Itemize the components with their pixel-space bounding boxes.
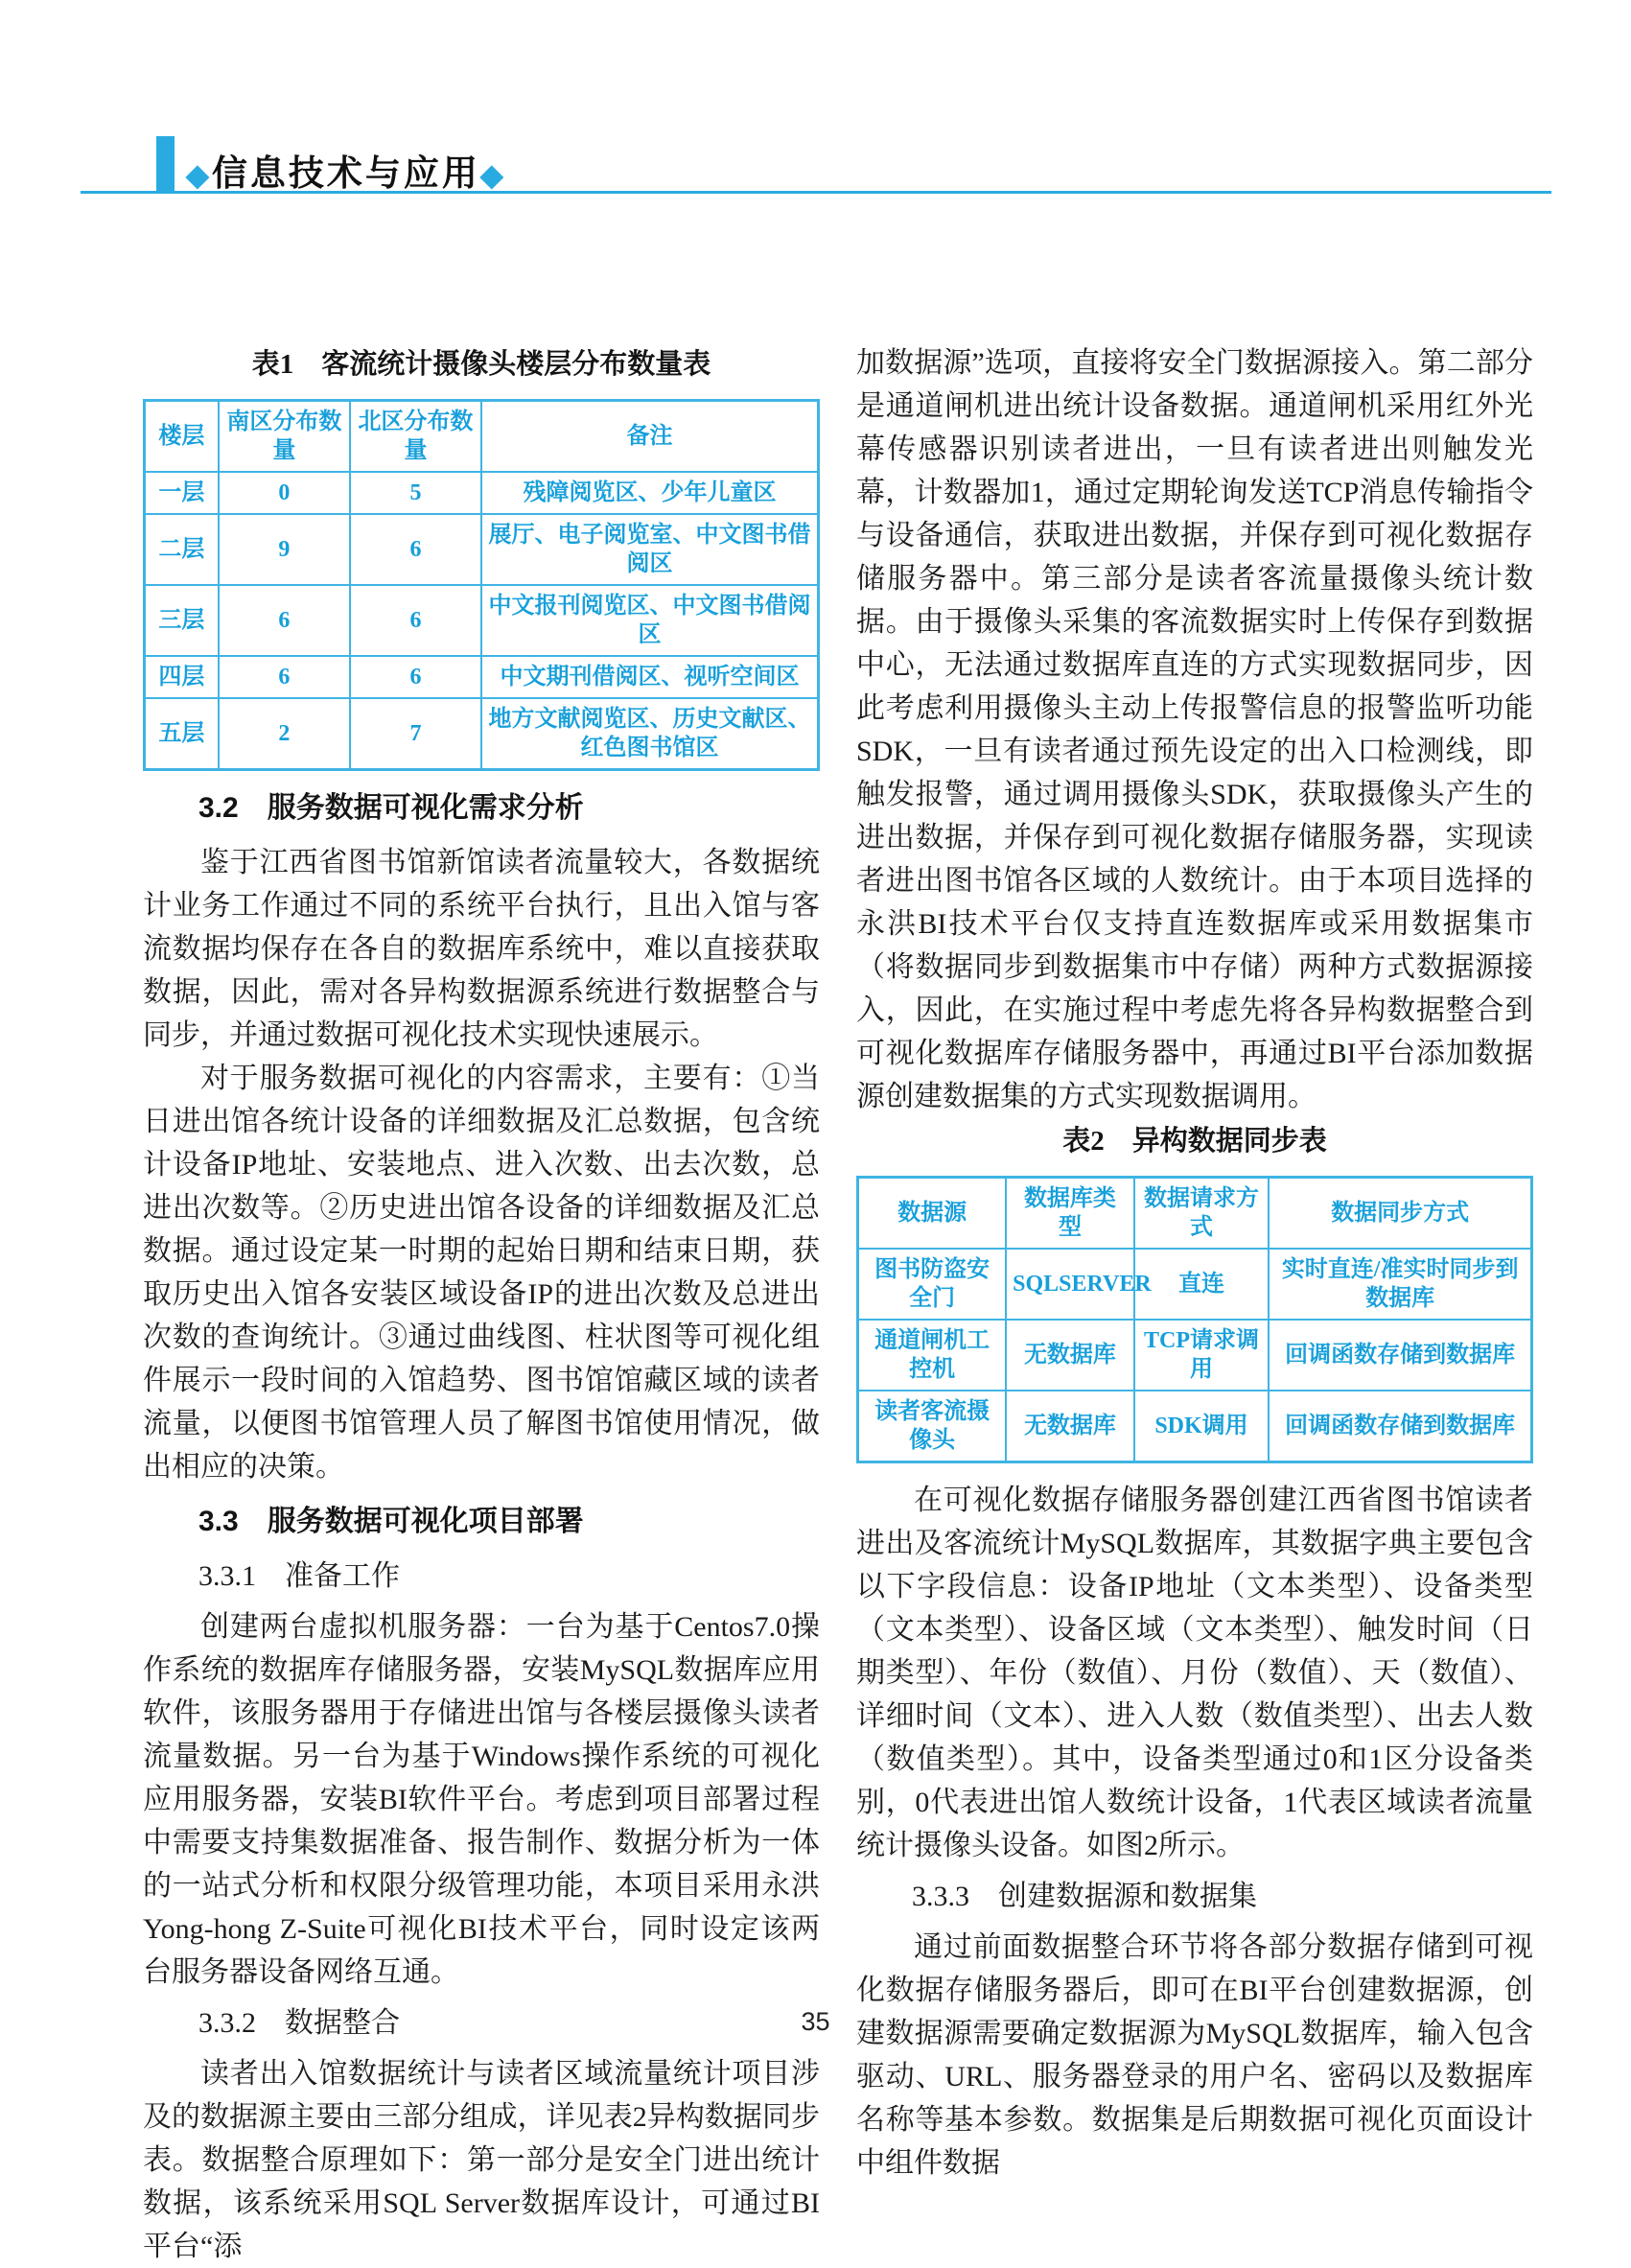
header-rule: [81, 191, 1551, 194]
table-cell: 图书防盗安全门: [858, 1249, 1007, 1320]
table-cell: 5: [350, 472, 481, 514]
table-cell: 通道闸机工控机: [858, 1320, 1007, 1391]
table1-header-remark: 备注: [481, 401, 819, 473]
section-heading-3-2: 3.2 服务数据可视化需求分析: [198, 786, 820, 830]
table1-caption: 表1 客流统计摄像头楼层分布数量表: [143, 345, 820, 384]
table-cell: 6: [350, 656, 481, 698]
table2-heterogeneous-data-sync: 数据源 数据库类型 数据请求方式 数据同步方式 图书防盗安全门 SQLSERVE…: [856, 1176, 1533, 1463]
table-cell: 无数据库: [1006, 1391, 1134, 1462]
header-accent-bar: [156, 136, 175, 193]
table2-header-request-mode: 数据请求方式: [1134, 1178, 1270, 1250]
table-cell: TCP请求调用: [1134, 1320, 1270, 1391]
table-cell: 6: [350, 585, 481, 656]
table-cell: 残障阅览区、少年儿童区: [481, 472, 819, 514]
table-cell: 三层: [145, 585, 219, 656]
table-cell: 直连: [1134, 1249, 1270, 1320]
paragraph: 鉴于江西省图书馆新馆读者流量较大，各数据统计业务工作通过不同的系统平台执行，且出…: [143, 841, 820, 1057]
table-header-row: 楼层 南区分布数量 北区分布数量 备注: [145, 401, 819, 473]
paragraph: 创建两台虚拟机服务器：一台为基于Centos7.0操作系统的数据库存储服务器，安…: [143, 1605, 820, 1994]
table-cell: 回调函数存储到数据库: [1269, 1391, 1531, 1462]
table1-header-floor: 楼层: [145, 401, 219, 473]
section-heading-3-3-3: 3.3.3 创建数据源和数据集: [912, 1875, 1533, 1918]
table-row: 三层 6 6 中文报刊阅览区、中文图书借阅区: [145, 585, 819, 656]
table-cell: 0: [219, 472, 350, 514]
diamond-icon: ◆: [186, 158, 212, 192]
table-cell: 中文报刊阅览区、中文图书借阅区: [481, 585, 819, 656]
table2-caption: 表2 异构数据同步表: [856, 1122, 1533, 1160]
paragraph: 通过前面数据整合环节将各部分数据存储到可视化数据存储服务器后，即可在BI平台创建…: [856, 1926, 1533, 2185]
table2-header-datasource: 数据源: [858, 1178, 1007, 1250]
right-column: 加数据源”选项，直接将安全门数据源接入。第二部分是通道闸机进出统计设备数据。通道…: [856, 341, 1533, 2185]
table-cell: 四层: [145, 656, 219, 698]
table-row: 图书防盗安全门 SQLSERVER 直连 实时直连/准实时同步到数据库: [858, 1249, 1532, 1320]
paragraph: 在可视化数据存储服务器创建江西省图书馆读者进出及客流统计MySQL数据库，其数据…: [856, 1479, 1533, 1867]
table-cell: SQLSERVER: [1006, 1249, 1134, 1320]
table-cell: 6: [350, 514, 481, 585]
table-cell: SDK调用: [1134, 1391, 1270, 1462]
table-row: 一层 0 5 残障阅览区、少年儿童区: [145, 472, 819, 514]
left-column: 表1 客流统计摄像头楼层分布数量表 楼层 南区分布数量 北区分布数量 备注 一层…: [143, 341, 820, 2268]
table1-header-north-count: 北区分布数量: [350, 401, 481, 473]
table-row: 二层 9 6 展厅、电子阅览室、中文图书借阅区: [145, 514, 819, 585]
paragraph: 对于服务数据可视化的内容需求，主要有：①当日进出馆各统计设备的详细数据及汇总数据…: [143, 1057, 820, 1488]
table-cell: 2: [219, 698, 350, 770]
table-cell: 读者客流摄像头: [858, 1391, 1007, 1462]
table-cell: 展厅、电子阅览室、中文图书借阅区: [481, 514, 819, 585]
table1-header-south-count: 南区分布数量: [219, 401, 350, 473]
paragraph: 读者出入馆数据统计与读者区域流量统计项目涉及的数据源主要由三部分组成，详见表2异…: [143, 2052, 820, 2268]
table-row: 通道闸机工控机 无数据库 TCP请求调用 回调函数存储到数据库: [858, 1320, 1532, 1391]
table-cell: 地方文献阅览区、历史文献区、红色图书馆区: [481, 698, 819, 770]
table-cell: 9: [219, 514, 350, 585]
section-heading-3-3: 3.3 服务数据可视化项目部署: [198, 1500, 820, 1543]
table-cell: 五层: [145, 698, 219, 770]
table-cell: 6: [219, 585, 350, 656]
table-header-row: 数据源 数据库类型 数据请求方式 数据同步方式: [858, 1178, 1532, 1250]
table-cell: 无数据库: [1006, 1320, 1134, 1391]
page-number: 35: [0, 2007, 1631, 2037]
table-cell: 回调函数存储到数据库: [1269, 1320, 1531, 1391]
table1-camera-floor-distribution: 楼层 南区分布数量 北区分布数量 备注 一层 0 5 残障阅览区、少年儿童区 二…: [143, 399, 820, 771]
table-cell: 二层: [145, 514, 219, 585]
table-cell: 中文期刊借阅区、视听空间区: [481, 656, 819, 698]
diamond-icon: ◆: [480, 158, 506, 192]
table2-header-dbtype: 数据库类型: [1006, 1178, 1134, 1250]
table-row: 读者客流摄像头 无数据库 SDK调用 回调函数存储到数据库: [858, 1391, 1532, 1462]
table2-header-sync-mode: 数据同步方式: [1269, 1178, 1531, 1250]
table-row: 五层 2 7 地方文献阅览区、历史文献区、红色图书馆区: [145, 698, 819, 770]
table-cell: 7: [350, 698, 481, 770]
journal-section-header: ◆信息技术与应用◆: [186, 144, 506, 196]
table-row: 四层 6 6 中文期刊借阅区、视听空间区: [145, 656, 819, 698]
table-cell: 实时直连/准实时同步到数据库: [1269, 1249, 1531, 1320]
journal-section-title: 信息技术与应用: [212, 153, 480, 193]
paragraph-continuation: 加数据源”选项，直接将安全门数据源接入。第二部分是通道闸机进出统计设备数据。通道…: [856, 341, 1533, 1118]
section-heading-3-3-1: 3.3.1 准备工作: [198, 1555, 820, 1598]
table-cell: 6: [219, 656, 350, 698]
table-cell: 一层: [145, 472, 219, 514]
